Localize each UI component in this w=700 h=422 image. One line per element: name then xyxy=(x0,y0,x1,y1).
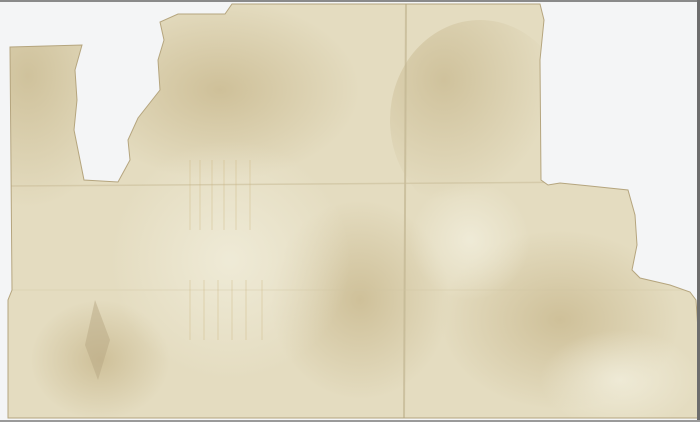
scanned-paper xyxy=(0,0,700,422)
paper-sheet xyxy=(0,0,700,422)
scan-edge-top xyxy=(0,0,700,2)
